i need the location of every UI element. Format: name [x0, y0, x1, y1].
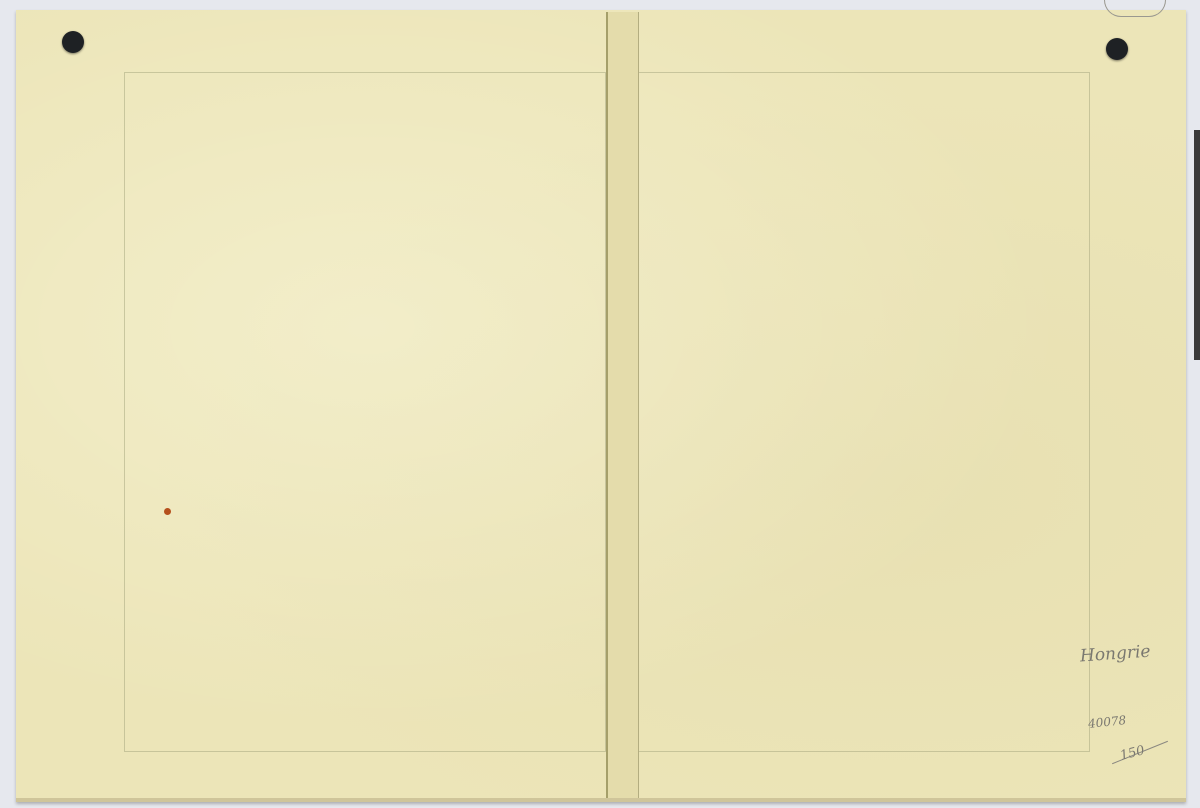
paper-sheet	[16, 10, 1186, 802]
pin-icon	[62, 31, 84, 53]
plate-mark-left	[124, 72, 606, 752]
background-object	[1194, 130, 1200, 360]
center-fold-strip	[606, 12, 639, 802]
pin-icon	[1106, 38, 1128, 60]
stain-spot	[164, 508, 171, 515]
pencil-mark-corner	[1104, 0, 1166, 17]
plate-mark-right	[638, 72, 1090, 752]
